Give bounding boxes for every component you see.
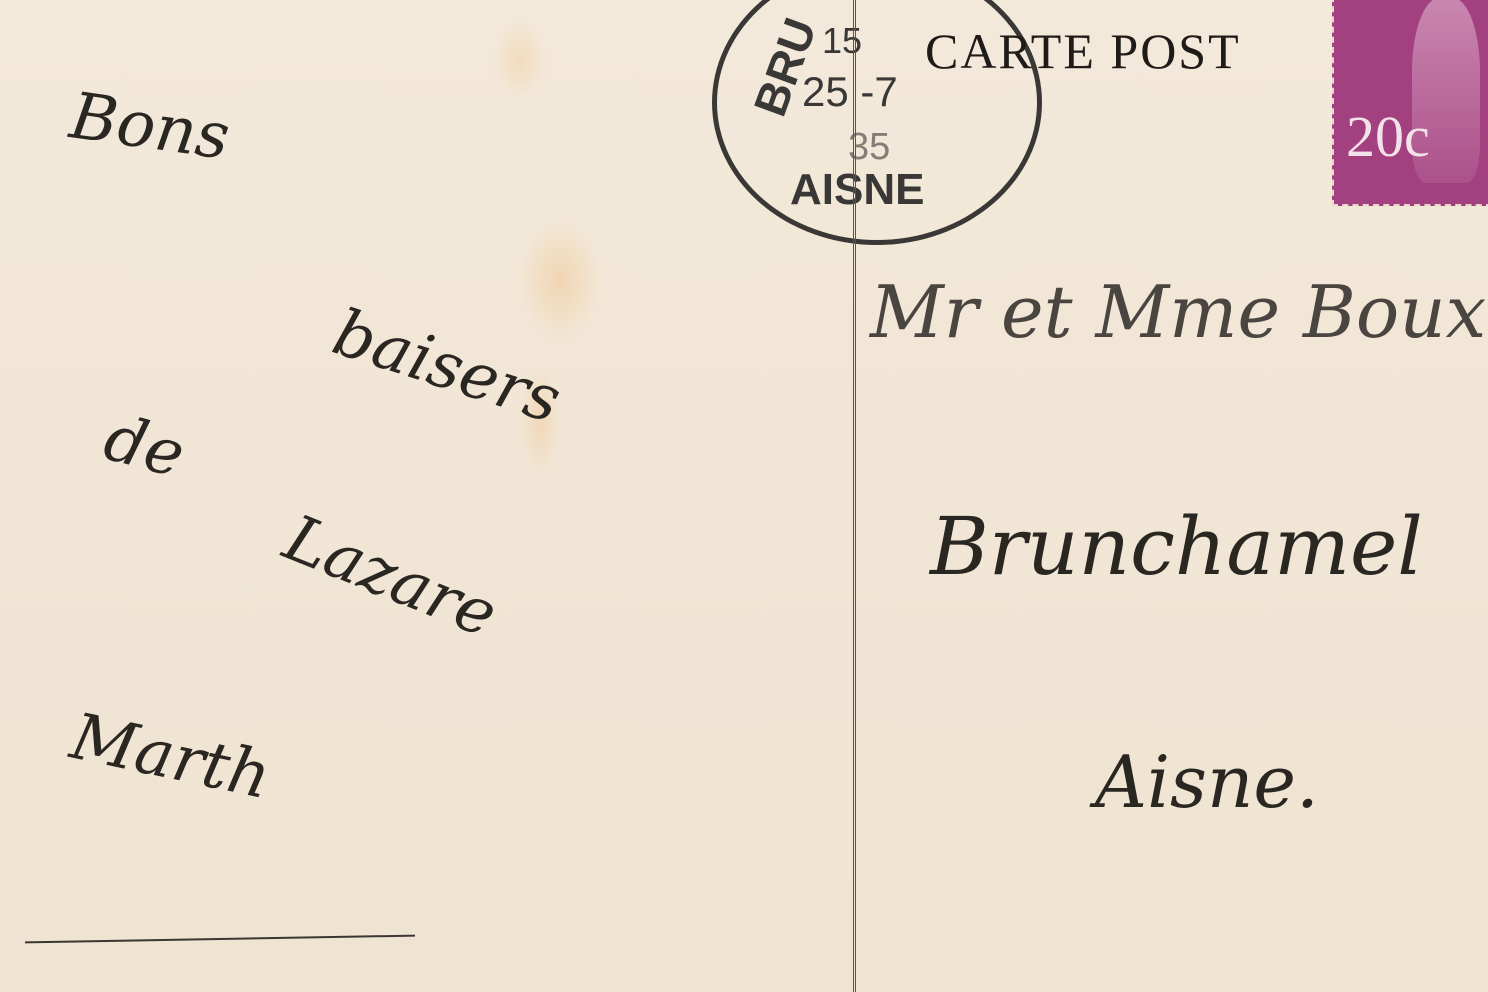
postmark-department: AISNE — [790, 165, 924, 215]
address-line-3: Aisne. — [1095, 740, 1319, 824]
stamp-value: 20c — [1346, 103, 1430, 170]
message-signature: Marth — [65, 700, 277, 814]
postage-stamp: 20c — [1332, 0, 1488, 206]
address-line-1: Mr et Mme Boux — [870, 270, 1486, 354]
message-line-4: Lazare — [274, 501, 507, 652]
postmark-line2: 25 -7 — [802, 68, 898, 116]
message-line-3: de — [97, 401, 192, 493]
address-line-2: Brunchamel — [930, 500, 1423, 593]
center-divider — [853, 0, 856, 992]
postcard: BRU 15 25 -7 35 AISNE CARTE POST 20c Bon… — [0, 0, 1488, 992]
carte-postale-title: CARTE POST — [925, 22, 1241, 80]
message-line-2: baisers — [324, 296, 569, 439]
signature-underline — [25, 935, 415, 944]
postmark-line1: 15 — [822, 20, 862, 62]
message-line-1: Bons — [66, 79, 234, 174]
